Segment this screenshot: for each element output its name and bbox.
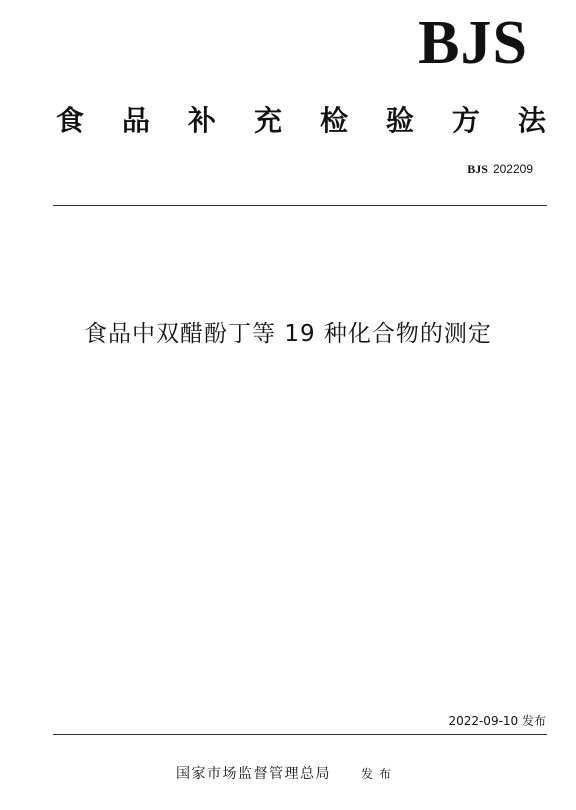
series-title-char: 补 [188,103,216,139]
bjs-logo: BJS [418,12,528,74]
standard-code-number: 202209 [493,162,533,176]
series-title-char: 验 [386,103,414,139]
bottom-divider [53,734,547,735]
series-title-char: 方 [452,103,480,139]
standard-code-prefix: BJS [467,162,488,176]
publisher-organization: 国家市场监督管理总局 [176,765,331,783]
document-title: 食品中双醋酚丁等 19 种化合物的测定 [0,318,576,350]
top-divider [53,205,547,206]
release-date: 2022-09-10 发布 [448,714,546,728]
series-title-char: 法 [518,103,546,139]
series-title-char: 充 [254,103,282,139]
standard-code: BJS202209 [467,162,533,176]
series-title: 食 品 补 充 检 验 方 法 [56,103,546,139]
series-title-char: 食 [56,103,84,139]
publisher: 国家市场监督管理总局 发布 [176,765,397,783]
series-title-char: 品 [122,103,150,139]
publisher-action: 发布 [361,765,397,783]
series-title-char: 检 [320,103,348,139]
